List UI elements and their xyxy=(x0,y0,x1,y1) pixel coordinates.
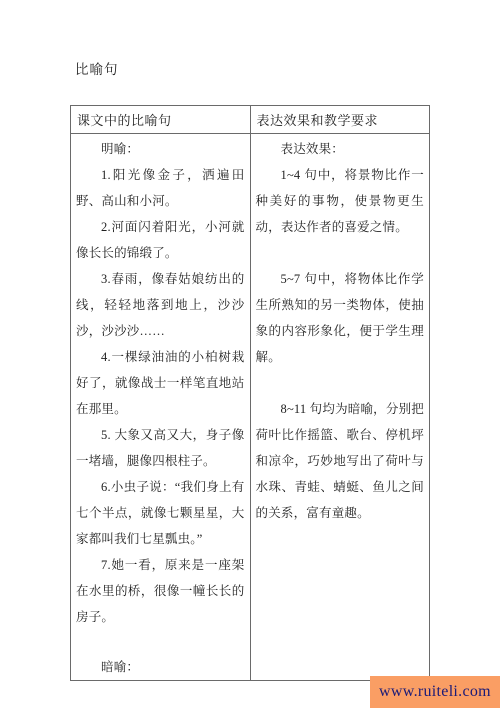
sentence-item-5: 5. 大象又高又大，身子像一堵墙，腿像四根柱子。 xyxy=(76,422,245,474)
sentence-item-3: 3.春雨，像春姑娘纺出的线，轻轻地落到地上，沙沙沙，沙沙沙…… xyxy=(76,266,245,344)
section-label-effects: 表达效果： xyxy=(256,136,425,162)
table-body-row: 明喻： 1.阳光像金子，洒遍田野、高山和小河。 2.河面闪着阳光，小河就像长长的… xyxy=(71,134,430,681)
effect-paragraph-1: 1~4 句中，将景物比作一种美好的事物，使景物更生动，表达作者的喜爱之情。 xyxy=(256,162,425,240)
page-title: 比喻句 xyxy=(75,62,119,78)
sentence-item-4: 4.一棵绿油油的小柏树栽好了，就像战士一样笔直地站在那里。 xyxy=(76,344,245,422)
section-label-simile: 明喻： xyxy=(76,136,245,162)
watermark-badge: www.ruiteli.com xyxy=(370,676,500,708)
metaphor-table: 课文中的比喻句 表达效果和教学要求 明喻： 1.阳光像金子，洒遍田野、高山和小河… xyxy=(70,105,430,681)
cell-effects: 表达效果： 1~4 句中，将景物比作一种美好的事物，使景物更生动，表达作者的喜爱… xyxy=(250,134,430,681)
effect-paragraph-3: 8~11 句均为暗喻，分别把荷叶比作摇篮、歌台、停机坪和凉伞，巧妙地写出了荷叶与… xyxy=(256,396,425,526)
section-label-metaphor: 暗喻： xyxy=(76,654,245,680)
table-header-effects: 表达效果和教学要求 xyxy=(250,106,430,134)
sentence-item-6: 6.小虫子说：“我们身上有七个半点，就像七颗星星，大家都叫我们七星瓢虫。” xyxy=(76,474,245,552)
cell-sentences: 明喻： 1.阳光像金子，洒遍田野、高山和小河。 2.河面闪着阳光，小河就像长长的… xyxy=(71,134,251,681)
effect-paragraph-2: 5~7 句中，将物体比作学生所熟知的另一类物体，使抽象的内容形象化，便于学生理解… xyxy=(256,266,425,370)
sentence-item-7: 7.她一看，原来是一座架在水里的桥，很像一幢长长的房子。 xyxy=(76,552,245,630)
sentence-item-2: 2.河面闪着阳光，小河就像长长的锦缎了。 xyxy=(76,214,245,266)
table-header-sentences: 课文中的比喻句 xyxy=(71,106,251,134)
document-page: 比喻句 课文中的比喻句 表达效果和教学要求 明喻： 1.阳光像金子，洒遍田野、高… xyxy=(0,0,500,708)
table-header-row: 课文中的比喻句 表达效果和教学要求 xyxy=(71,106,430,134)
sentence-item-1: 1.阳光像金子，洒遍田野、高山和小河。 xyxy=(76,162,245,214)
watermark-url: www.ruiteli.com xyxy=(379,683,491,701)
